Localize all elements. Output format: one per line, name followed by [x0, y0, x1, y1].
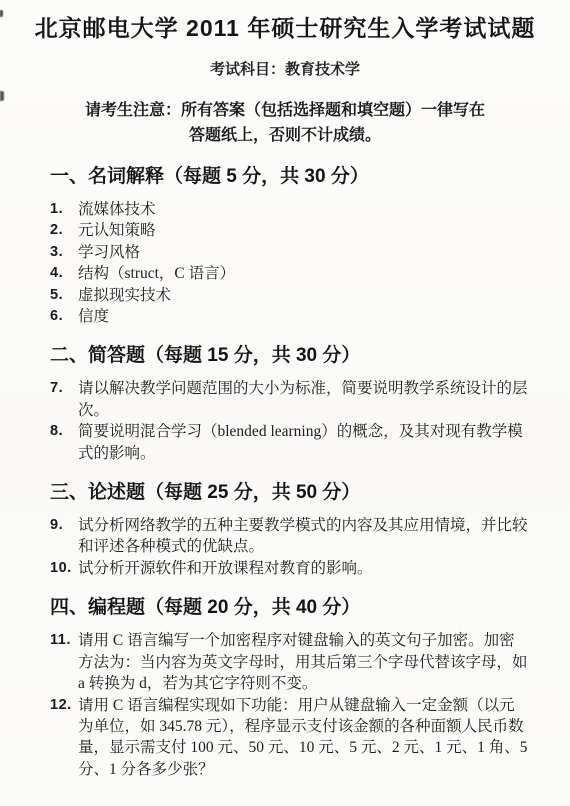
question-number: 10.	[50, 558, 78, 579]
question-content: 一、名词解释（每题 5 分，共 30 分） 1. 流媒体技术 2. 元认知策略 …	[0, 164, 570, 780]
question-number: 7.	[50, 378, 78, 399]
question-number: 2.	[50, 220, 78, 241]
question-text: 请用 C 语言编写一个加密程序对键盘输入的英文句子加密。加密方法为：当内容为英文…	[78, 630, 528, 694]
question-text: 学习风格	[78, 242, 528, 263]
scan-artifact	[0, 91, 4, 101]
question-number: 4.	[50, 263, 78, 284]
question-9: 9. 试分析网络教学的五种主要教学模式的内容及其应用情境，并比较和评述各种模式的…	[50, 515, 528, 558]
question-12: 12. 请用 C 语言编程实现如下功能：用户从键盘输入一定金额（以元为单位，如 …	[50, 695, 528, 781]
question-text: 信度	[78, 306, 528, 327]
question-text: 试分析网络教学的五种主要教学模式的内容及其应用情境，并比较和评述各种模式的优缺点…	[78, 515, 528, 558]
question-10: 10. 试分析开源软件和开放课程对教育的影响。	[50, 558, 528, 579]
question-number: 3.	[50, 242, 78, 263]
exam-paper-page: 北京邮电大学 2011 年硕士研究生入学考试试题 考试科目：教育技术学 请考生注…	[0, 0, 570, 806]
question-text: 请以解决教学问题范围的大小为标准，简要说明教学系统设计的层次。	[78, 378, 528, 421]
section-heading-2: 二、简答题（每题 15 分，共 30 分）	[50, 343, 528, 369]
question-5: 5. 虚拟现实技术	[50, 285, 528, 306]
notice-line-1: 请考生注意：所有答案（包括选择题和填空题）一律写在	[0, 98, 570, 123]
candidate-notice: 请考生注意：所有答案（包括选择题和填空题）一律写在 答题纸上，否则不计成绩。	[0, 98, 570, 148]
question-text: 试分析开源软件和开放课程对教育的影响。	[78, 558, 528, 579]
question-text: 请用 C 语言编程实现如下功能：用户从键盘输入一定金额（以元为单位，如 345.…	[78, 695, 528, 781]
question-number: 9.	[50, 515, 78, 536]
question-number: 12.	[50, 695, 78, 716]
notice-line-2: 答题纸上，否则不计成绩。	[0, 123, 570, 148]
section-heading-4: 四、编程题（每题 20 分，共 40 分）	[50, 595, 528, 621]
question-7: 7. 请以解决教学问题范围的大小为标准，简要说明教学系统设计的层次。	[50, 378, 528, 421]
question-text: 结构（struct，C 语言）	[78, 263, 528, 284]
question-text: 虚拟现实技术	[78, 285, 528, 306]
section-heading-3: 三、论述题（每题 25 分，共 50 分）	[50, 480, 528, 506]
question-text: 元认知策略	[78, 220, 528, 241]
question-number: 1.	[50, 199, 78, 220]
question-number: 6.	[50, 306, 78, 327]
exam-subject: 考试科目：教育技术学	[0, 58, 570, 79]
scan-artifact	[0, 10, 3, 17]
question-8: 8. 简要说明混合学习（blended learning）的概念，及其对现有教学…	[50, 421, 528, 464]
question-text: 流媒体技术	[78, 199, 528, 220]
question-text: 简要说明混合学习（blended learning）的概念，及其对现有教学模式的…	[78, 421, 528, 464]
question-6: 6. 信度	[50, 306, 528, 327]
question-1: 1. 流媒体技术	[50, 199, 528, 220]
question-11: 11. 请用 C 语言编写一个加密程序对键盘输入的英文句子加密。加密方法为：当内…	[50, 630, 528, 694]
page-title: 北京邮电大学 2011 年硕士研究生入学考试试题	[0, 0, 570, 44]
question-number: 5.	[50, 285, 78, 306]
question-4: 4. 结构（struct，C 语言）	[50, 263, 528, 284]
question-number: 8.	[50, 421, 78, 442]
section-heading-1: 一、名词解释（每题 5 分，共 30 分）	[50, 164, 528, 190]
question-2: 2. 元认知策略	[50, 220, 528, 241]
question-number: 11.	[50, 630, 78, 651]
question-3: 3. 学习风格	[50, 242, 528, 263]
